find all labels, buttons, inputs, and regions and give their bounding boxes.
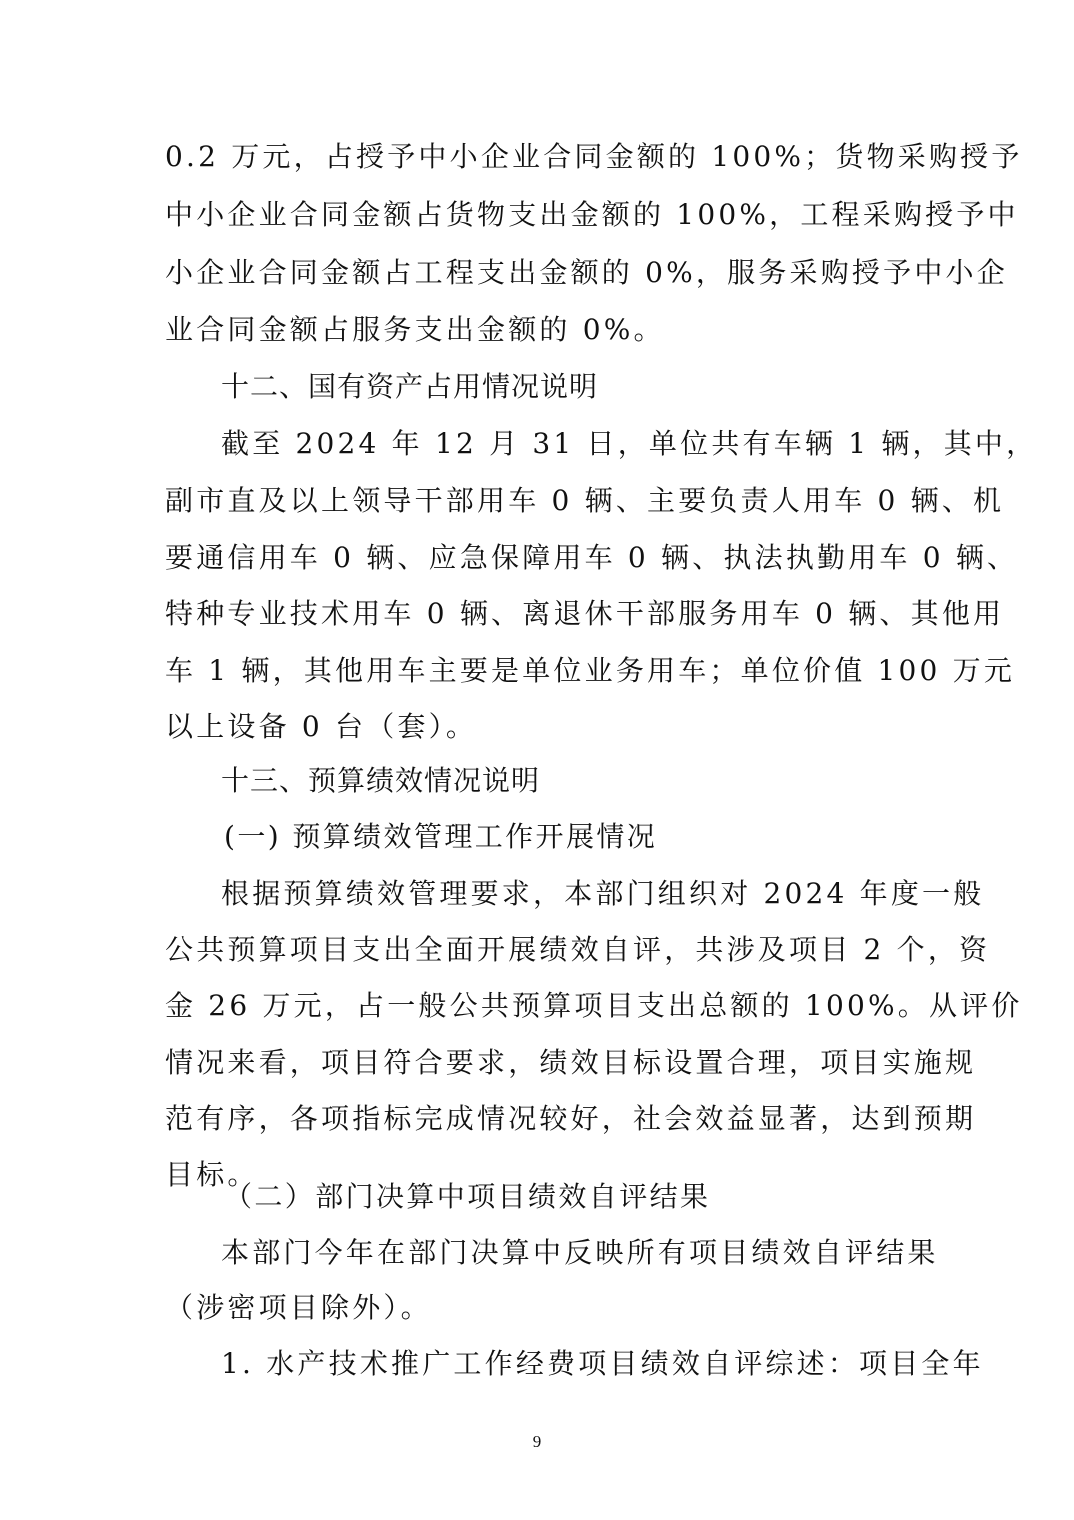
paragraph-line: 副市直及以上领导干部用车 0 辆、主要负责人用车 0 辆、机 xyxy=(165,484,910,518)
subsection-heading-2: （二）部门决算中项目绩效自评结果 xyxy=(224,1180,969,1214)
paragraph-line: 1. 水产技术推广工作经费项目绩效自评综述：项目全年 xyxy=(221,1347,911,1381)
paragraph-line: 业合同金额占服务支出金额的 0%。 xyxy=(165,313,910,347)
paragraph-line: 中小企业合同金额占货物支出金额的 100%，工程采购授予中 xyxy=(165,198,910,232)
paragraph-line: （涉密项目除外）。 xyxy=(165,1291,910,1325)
paragraph-line: 金 26 万元，占一般公共预算项目支出总额的 100%。从评价 xyxy=(165,989,910,1023)
paragraph-line: 要通信用车 0 辆、应急保障用车 0 辆、执法执勤用车 0 辆、 xyxy=(165,541,910,575)
paragraph-line: 情况来看，项目符合要求，绩效目标设置合理，项目实施规 xyxy=(165,1046,910,1080)
paragraph-line: 截至 2024 年 12 月 31 日，单位共有车辆 1 辆，其中， xyxy=(221,427,911,461)
paragraph-line: 本部门今年在部门决算中反映所有项目绩效自评结果 xyxy=(221,1236,911,1270)
paragraph-line: 特种专业技术用车 0 辆、离退休干部服务用车 0 辆、其他用 xyxy=(165,597,910,631)
section-heading-12: 十二、国有资产占用情况说明 xyxy=(221,370,911,404)
document-page: 0.2 万元，占授予中小企业合同金额的 100%；货物采购授予 中小企业合同金额… xyxy=(0,0,1074,1520)
paragraph-line: 根据预算绩效管理要求，本部门组织对 2024 年度一般 xyxy=(221,877,911,911)
paragraph-line: 车 1 辆，其他用车主要是单位业务用车；单位价值 100 万元 xyxy=(165,654,910,688)
paragraph-line: 小企业合同金额占工程支出金额的 0%，服务采购授予中小企 xyxy=(165,256,910,290)
paragraph-line: 公共预算项目支出全面开展绩效自评，共涉及项目 2 个，资 xyxy=(165,933,910,967)
page-number: 9 xyxy=(0,1432,1074,1452)
paragraph-line: 0.2 万元，占授予中小企业合同金额的 100%；货物采购授予 xyxy=(165,140,910,174)
subsection-heading-1: (一) 预算绩效管理工作开展情况 xyxy=(224,820,969,854)
section-heading-13: 十三、预算绩效情况说明 xyxy=(221,764,911,798)
paragraph-line: 以上设备 0 台（套）。 xyxy=(165,710,910,744)
paragraph-line: 范有序，各项指标完成情况较好，社会效益显著，达到预期 xyxy=(165,1102,910,1136)
